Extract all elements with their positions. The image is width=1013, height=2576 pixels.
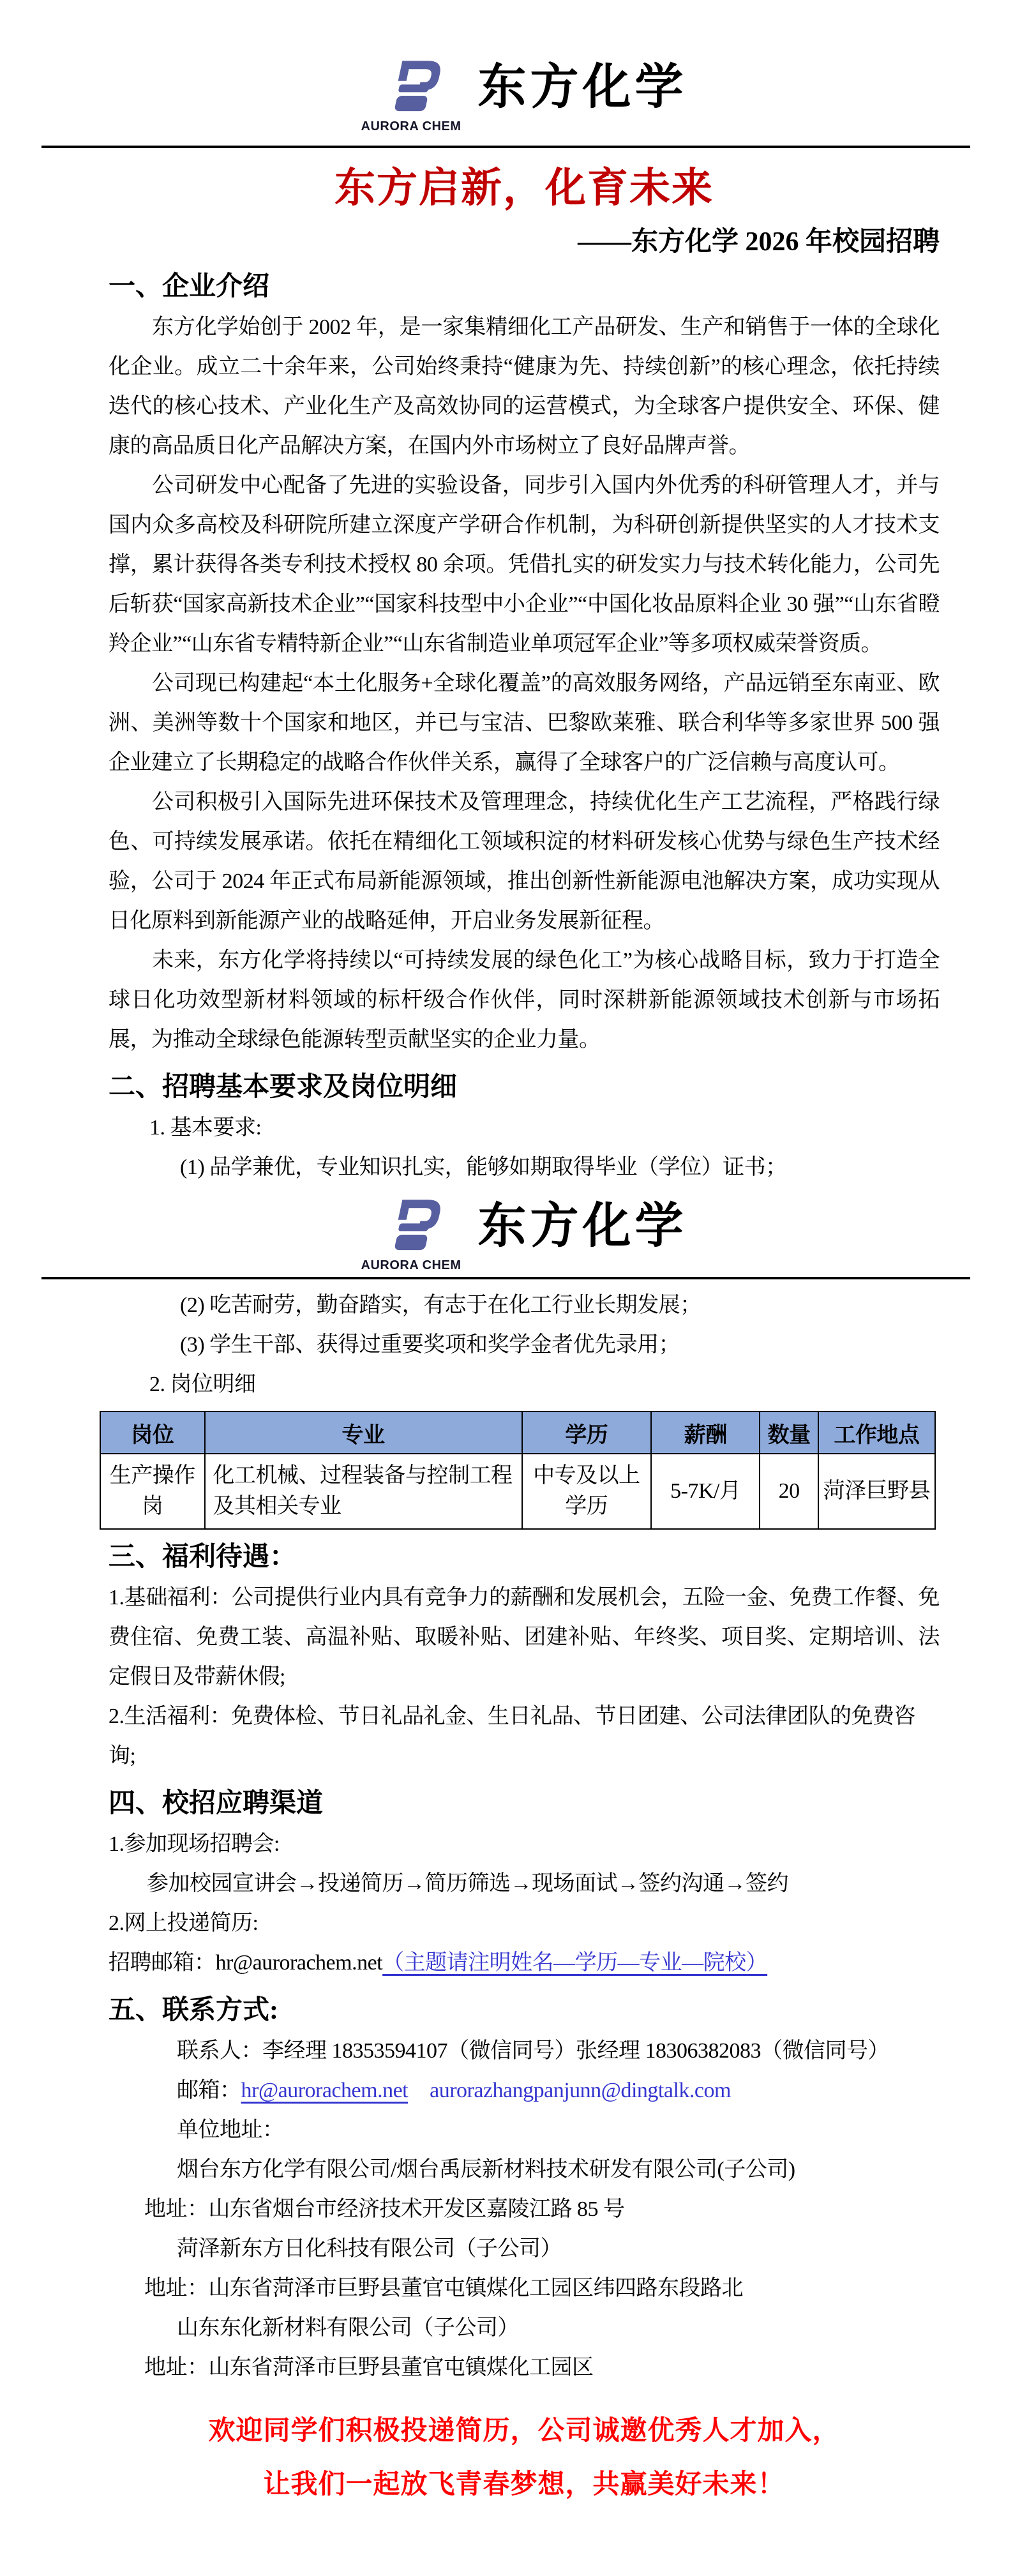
benefit-basic: 1.基础福利：公司提供行业内具有竞争力的薪酬和发展机会，五险一金、免费工作餐、免… (109, 1578, 940, 1697)
requirement-item-1: (1) 品学兼优，专业知识扎实，能够如期取得毕业（学位）证书； (180, 1148, 940, 1187)
section4-heading: 四、校招应聘渠道 (109, 1784, 940, 1823)
company-address-2: 地址：山东省菏泽市巨野县董官屯镇煤化工园区纬四路东段路北 (144, 2269, 940, 2309)
cell-position: 生产操作岗 (100, 1454, 205, 1529)
section1-paragraph: 公司研发中心配备了先进的实验设备，同步引入国内外优秀的科研管理人才，并与国内众多… (109, 466, 940, 664)
company-logo-icon (379, 1194, 444, 1259)
section1-paragraph: 公司现已构建起“本土化服务+全球化覆盖”的高效服务网络，产品远销至东南亚、欧洲、… (109, 664, 940, 783)
col-header-position: 岗位 (100, 1412, 205, 1454)
company-logo: AURORA CHEM (361, 55, 461, 134)
recruitment-email-label: 招聘邮箱：hr@aurorachem.net (109, 1951, 382, 1975)
recruitment-process-flow: 参加校园宣讲会→投递简历→简历筛选→现场面试→签约沟通→签约 (147, 1864, 940, 1904)
company-name-2: 菏泽新东方日化科技有限公司（子公司） (177, 2229, 940, 2269)
company-name-3: 山东东化新材料有限公司（子公司） (177, 2309, 940, 2348)
logo-company-name: 东方化学 (477, 55, 687, 120)
cell-education: 中专及以上学历 (522, 1454, 652, 1529)
page-title: 东方启新，化育未来 (109, 162, 940, 215)
section5-heading: 五、联系方式: (109, 1991, 940, 2030)
cell-quantity: 20 (760, 1454, 818, 1529)
channel-onsite-label: 1.参加现场招聘会: (109, 1825, 940, 1864)
company-address-label: 单位地址： (177, 2111, 940, 2150)
midpage-divider (41, 1277, 970, 1279)
section3-heading: 三、福利待遇： (109, 1537, 940, 1577)
company-address-1: 地址：山东省烟台市经济技术开发区嘉陵江路 85 号 (144, 2190, 940, 2229)
col-header-salary: 薪酬 (651, 1412, 760, 1454)
recruitment-document: AURORA CHEM 东方化学 东方启新，化育未来 ——东方化学 2026 年… (0, 0, 1013, 2576)
contact-email-line: 邮箱：hr@aurorachem.netaurorazhangpanjunn@d… (177, 2071, 940, 2111)
dingtalk-email-link[interactable]: aurorazhangpanjunn@dingtalk.com (430, 2079, 731, 2102)
col-header-quantity: 数量 (760, 1412, 818, 1454)
section2-heading: 二、招聘基本要求及岗位明细 (109, 1067, 940, 1107)
logo-subtext: AURORA CHEM (361, 1258, 461, 1273)
header-logo: AURORA CHEM 东方化学 (109, 55, 940, 137)
requirement-item-3: (3) 学生干部、获得过重要奖项和奖学金者优先录用； (180, 1325, 940, 1365)
logo-company-name: 东方化学 (477, 1194, 687, 1259)
section1-paragraph: 未来，东方化学将持续以“可持续发展的绿色化工”为核心战略目标，致力于打造全球日化… (109, 941, 940, 1060)
table-header-row: 岗位 专业 学历 薪酬 数量 工作地点 (100, 1412, 935, 1454)
section1-heading: 一、企业介绍 (109, 267, 940, 306)
midpage-logo: AURORA CHEM 东方化学 (109, 1194, 940, 1276)
closing-line-2: 让我们一起放飞青春梦想，共赢美好未来！ (109, 2458, 940, 2512)
section1-paragraph: 公司积极引入国际先进环保技术及管理理念，持续优化生产工艺流程，严格践行绿色、可持… (109, 783, 940, 941)
table-row: 生产操作岗 化工机械、过程装备与控制工程及其相关专业 中专及以上学历 5-7K/… (100, 1454, 935, 1529)
page-subtitle: ——东方化学 2026 年校园招聘 (109, 225, 940, 259)
section1-paragraph: 东方化学始创于 2002 年，是一家集精细化工产品研发、生产和销售于一体的全球化… (109, 308, 940, 466)
email-subject-note-link[interactable]: （主题请注明姓名—学历—专业—院校） (382, 1951, 767, 1975)
col-header-location: 工作地点 (818, 1412, 935, 1454)
requirement-item-2: (2) 吃苦耐劳，勤奋踏实，有志于在化工行业长期发展； (180, 1286, 940, 1325)
benefit-life: 2.生活福利：免费体检、节日礼品礼金、生日礼品、节日团建、公司法律团队的免费咨询… (109, 1697, 940, 1776)
cell-major: 化工机械、过程装备与控制工程及其相关专业 (205, 1454, 522, 1529)
company-address-3: 地址：山东省菏泽市巨野县董官屯镇煤化工园区 (144, 2348, 940, 2388)
hr-email-link[interactable]: hr@aurorachem.net (241, 2079, 409, 2102)
col-header-major: 专业 (205, 1412, 522, 1454)
channel-online-label: 2.网上投递简历: (109, 1904, 940, 1943)
company-name-1: 烟台东方化学有限公司/烟台禹辰新材料技术研发有限公司(子公司) (177, 2150, 940, 2190)
contact-persons: 联系人：李经理 18353594107（微信同号）张经理 18306382083… (177, 2031, 940, 2071)
closing-line-1: 欢迎同学们积极投递简历，公司诚邀优秀人才加入， (109, 2404, 940, 2458)
email-label: 邮箱： (177, 2079, 241, 2102)
cell-salary: 5-7K/月 (651, 1454, 760, 1529)
company-logo-icon (379, 55, 444, 120)
job-detail-label: 2. 岗位明细 (149, 1365, 940, 1405)
job-positions-table: 岗位 专业 学历 薪酬 数量 工作地点 生产操作岗 化工机械、过程装备与控制工程… (100, 1411, 936, 1530)
recruitment-email-line: 招聘邮箱：hr@aurorachem.net（主题请注明姓名—学历—专业—院校） (109, 1943, 940, 1983)
basic-requirements-label: 1. 基本要求: (149, 1108, 940, 1148)
company-logo: AURORA CHEM (361, 1194, 461, 1273)
cell-location: 菏泽巨野县 (818, 1454, 935, 1529)
logo-subtext: AURORA CHEM (361, 119, 461, 134)
col-header-education: 学历 (522, 1412, 652, 1454)
header-divider (41, 146, 970, 148)
closing-message: 欢迎同学们积极投递简历，公司诚邀优秀人才加入， 让我们一起放飞青春梦想，共赢美好… (109, 2404, 940, 2512)
